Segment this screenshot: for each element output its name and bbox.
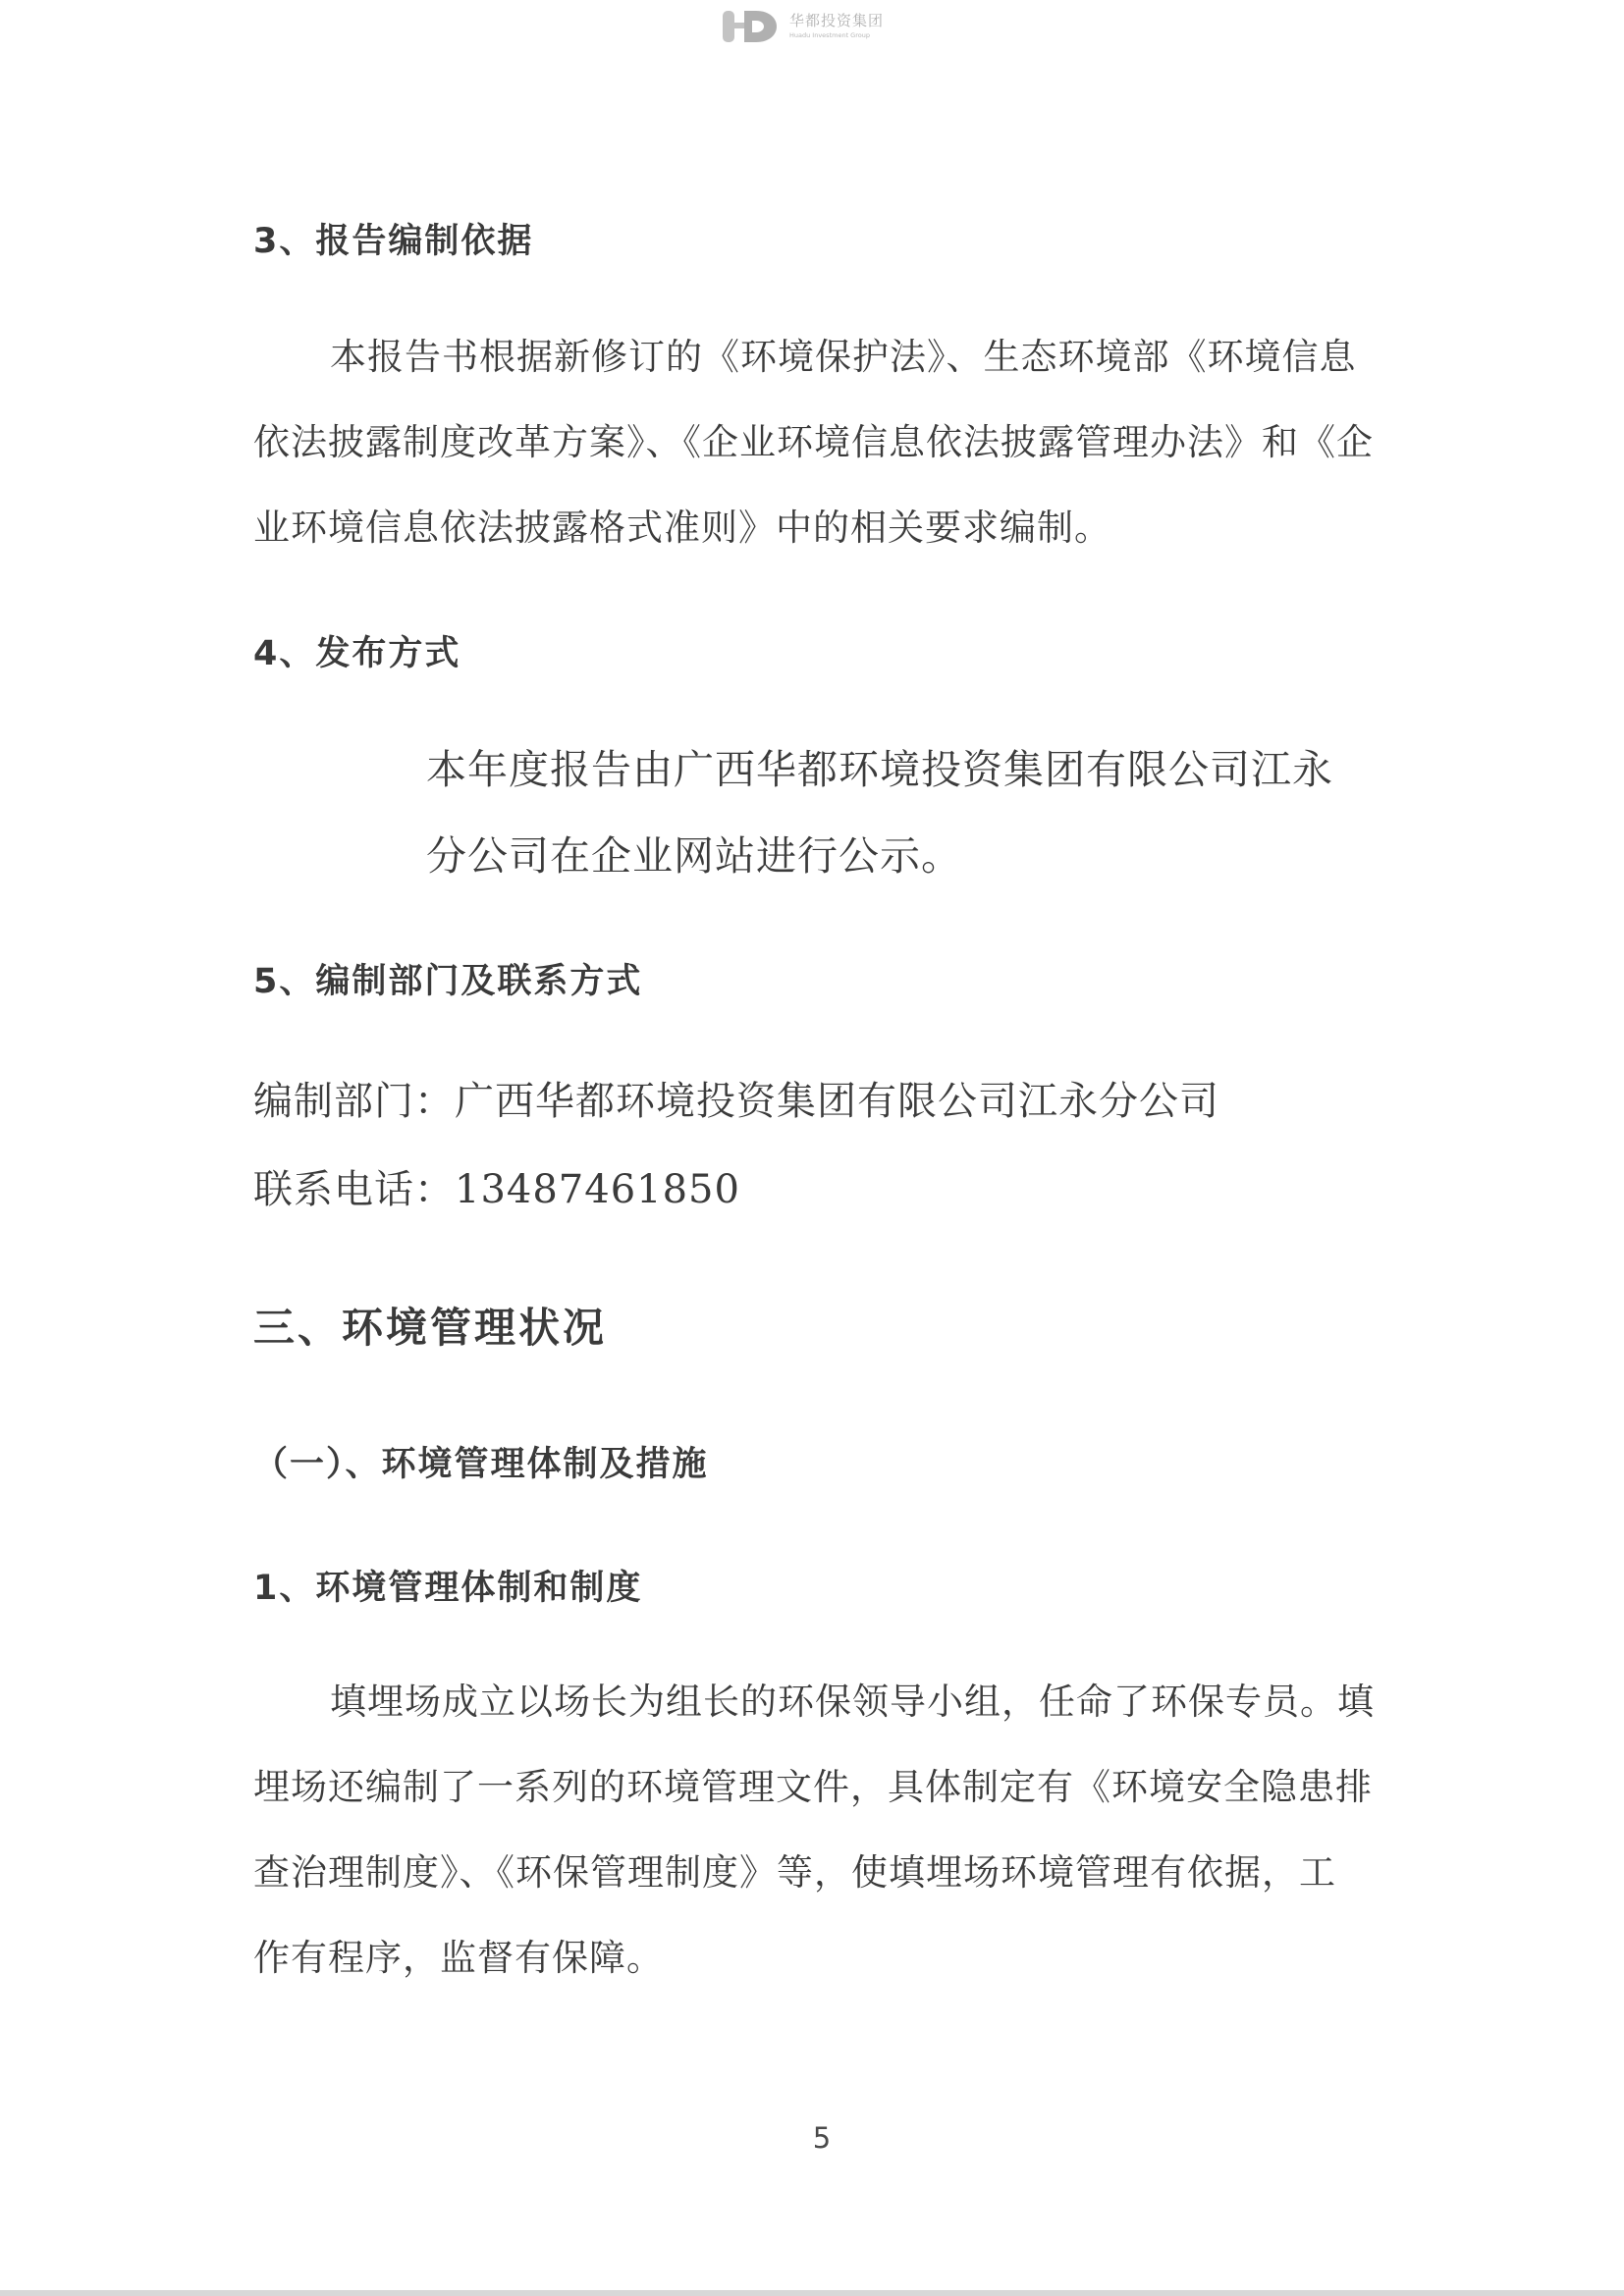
paragraph-line: 埋场还编制了一系列的环境管理文件，具体制定有《环境安全隐患排 bbox=[253, 1744, 1388, 1830]
paragraph-line: 业环境信息依法披露格式准则》中的相关要求编制。 bbox=[253, 485, 1388, 570]
hd-logo-icon bbox=[723, 9, 778, 44]
paragraph-line: 本年度报告由广西华都环境投资集团有限公司江永 bbox=[426, 726, 1333, 813]
paragraph-line: 查治理制度》、《环保管理制度》等，使填埋场环境管理有依据，工 bbox=[253, 1830, 1388, 1915]
paragraph-line: 作有程序，监督有保障。 bbox=[253, 1915, 1388, 2001]
paragraph-line: 填埋场成立以场长为组长的环保领导小组，任命了环保专员。填 bbox=[253, 1659, 1388, 1744]
paragraph-line: 依法披露制度改革方案》、《企业环境信息依法披露管理办法》和《企 bbox=[253, 400, 1388, 485]
scan-bottom-edge bbox=[0, 2290, 1624, 2296]
paragraph-line: 分公司在企业网站进行公示。 bbox=[426, 813, 1333, 899]
logo-chinese-name: 华都投资集团 bbox=[789, 14, 884, 28]
phone-value: 13487461850 bbox=[455, 1167, 740, 1212]
section-4-heading: 4、发布方式 bbox=[253, 626, 460, 675]
phone-row: 联系电话：13487461850 bbox=[253, 1158, 740, 1214]
department-value: 广西华都环境投资集团有限公司江永分公司 bbox=[455, 1079, 1219, 1124]
phone-label: 联系电话： bbox=[253, 1167, 455, 1212]
document-page: 华都投资集团 Huadu Investment Group 3、报告编制依据 本… bbox=[0, 0, 1624, 2296]
section-3-paragraph: 本报告书根据新修订的《环境保护法》、生态环境部《环境信息 依法披露制度改革方案》… bbox=[253, 314, 1388, 570]
logo-english-name: Huadu Investment Group bbox=[789, 32, 884, 39]
section-3-heading: 3、报告编制依据 bbox=[253, 214, 533, 263]
department-row: 编制部门：广西华都环境投资集团有限公司江永分公司 bbox=[253, 1070, 1219, 1126]
page-number: 5 bbox=[0, 2121, 1624, 2155]
chapter-3-subheading: （一）、环境管理体制及措施 bbox=[253, 1437, 709, 1486]
logo-text: 华都投资集团 Huadu Investment Group bbox=[789, 14, 884, 39]
company-logo: 华都投资集团 Huadu Investment Group bbox=[723, 9, 884, 44]
chapter-3-heading: 三、环境管理状况 bbox=[253, 1296, 607, 1355]
item-1-heading: 1、环境管理体制和制度 bbox=[253, 1561, 642, 1610]
section-5-heading: 5、编制部门及联系方式 bbox=[253, 954, 642, 1003]
item-1-paragraph: 填埋场成立以场长为组长的环保领导小组，任命了环保专员。填 埋场还编制了一系列的环… bbox=[253, 1659, 1388, 2001]
paragraph-line: 本报告书根据新修订的《环境保护法》、生态环境部《环境信息 bbox=[253, 314, 1388, 400]
section-4-paragraph: 本年度报告由广西华都环境投资集团有限公司江永 分公司在企业网站进行公示。 bbox=[426, 726, 1333, 899]
department-label: 编制部门： bbox=[253, 1079, 455, 1124]
